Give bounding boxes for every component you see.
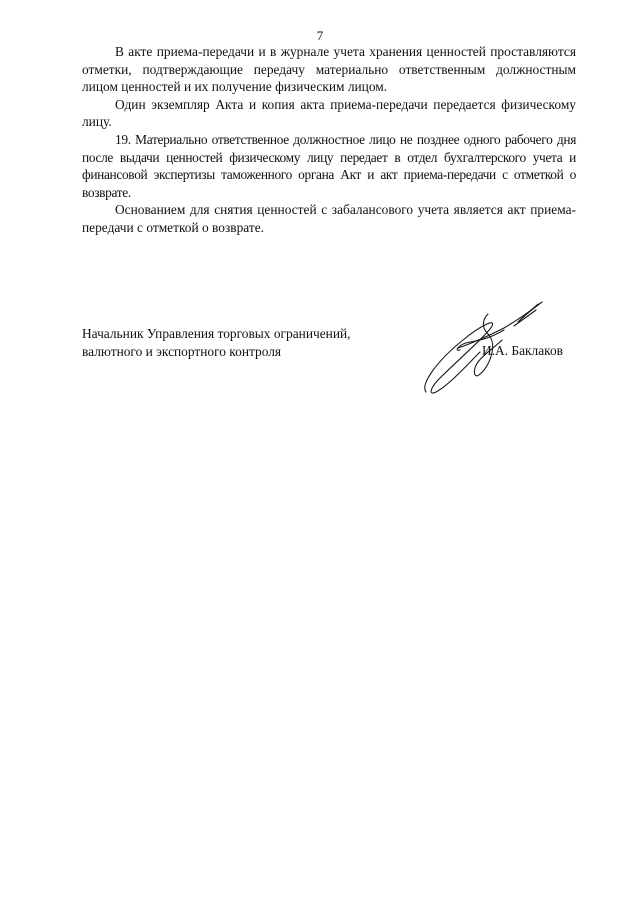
paragraph-copy-transfer: Один экземпляр Акта и копия акта приема-… [82, 96, 576, 131]
paragraph-marking: В акте приема-передачи и в журнале учета… [82, 43, 576, 96]
paragraph-basis: Основанием для снятия ценностей с забала… [82, 201, 576, 236]
signer-position: Начальник Управления торговых ограничени… [82, 325, 351, 360]
page-number: 7 [0, 28, 640, 44]
document-body: В акте приема-передачи и в журнале учета… [82, 43, 576, 237]
signer-position-line1: Начальник Управления торговых ограничени… [82, 325, 351, 343]
paragraph-item-19: 19. Материально ответственное должностно… [82, 131, 576, 201]
signer-position-line2: валютного и экспортного контроля [82, 343, 351, 361]
signer-name: И.А. Баклаков [482, 342, 563, 360]
